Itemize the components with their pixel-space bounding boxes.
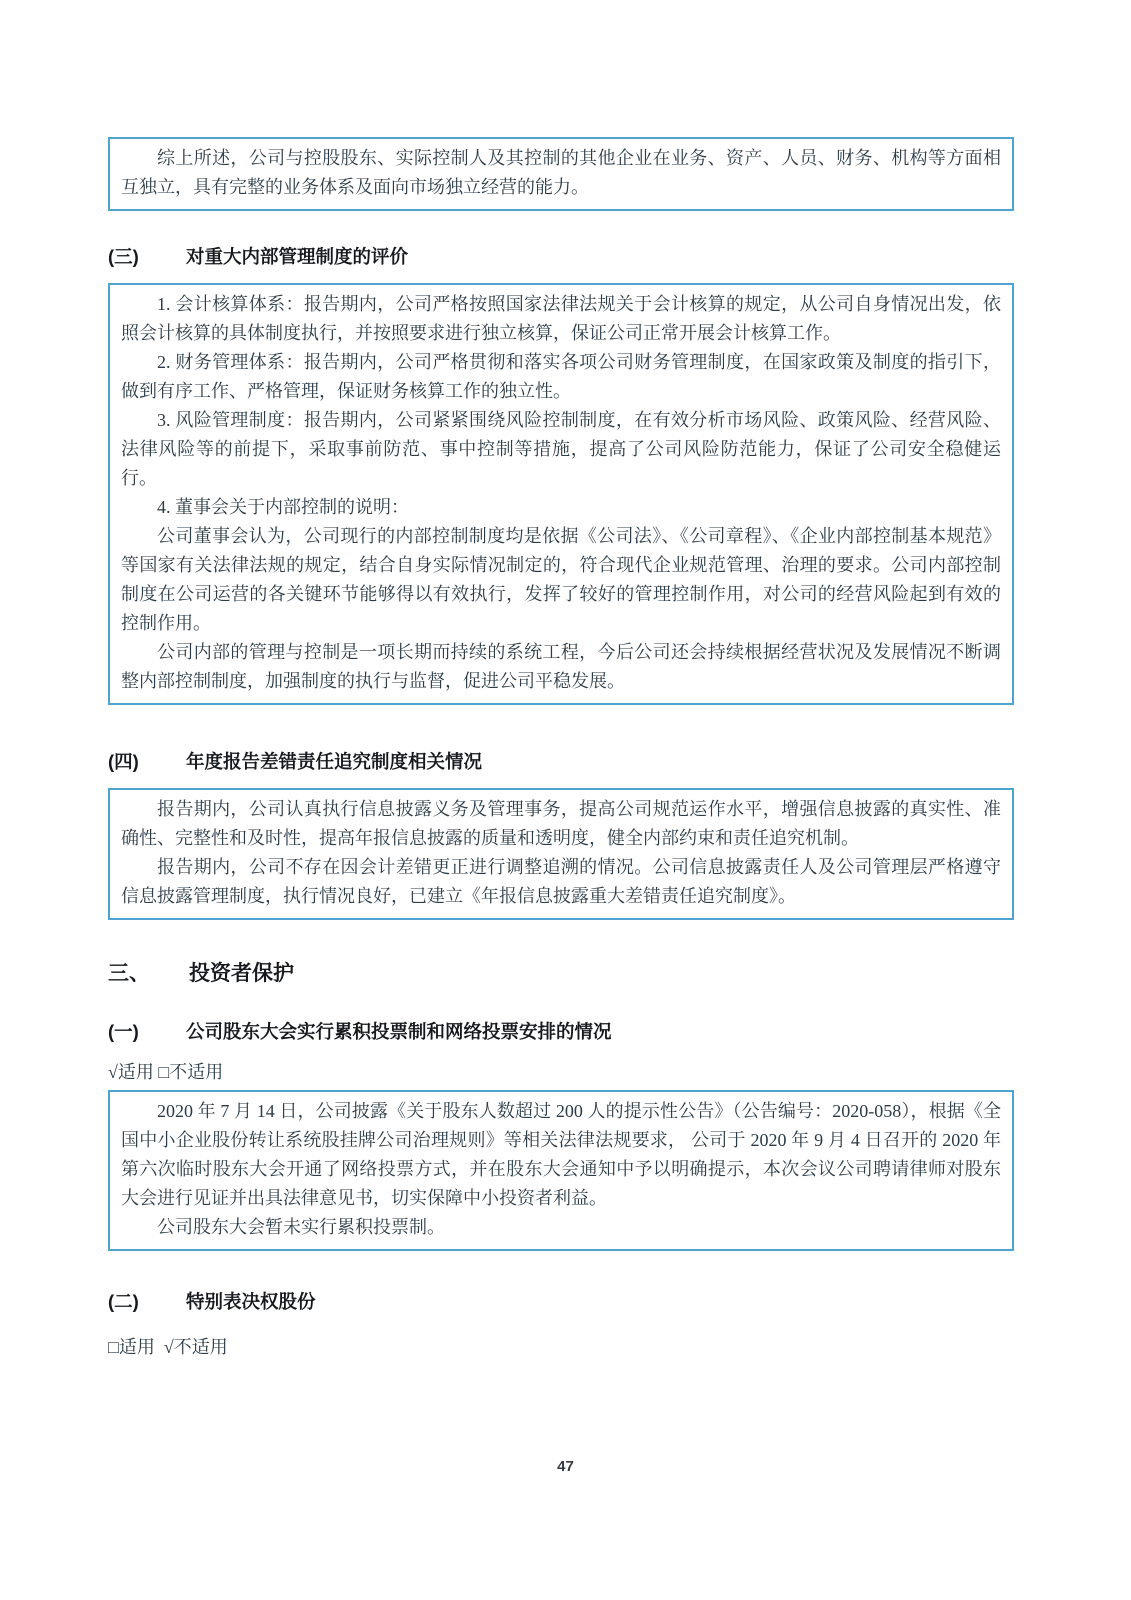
paragraph: 报告期内，公司认真执行信息披露义务及管理事务，提高公司规范运作水平，增强信息披露… xyxy=(121,795,1001,853)
heading-internal-management: (三) 对重大内部管理制度的评价 xyxy=(108,245,1014,269)
paragraph: 公司内部的管理与控制是一项长期而持续的系统工程，今后公司还会持续根据经营状况及发… xyxy=(121,638,1001,696)
paragraph: 综上所述，公司与控股股东、实际控制人及其控制的其他企业在业务、资产、人员、财务、… xyxy=(121,144,1001,202)
heading-number: (二) xyxy=(108,1290,186,1314)
heading-number: (一) xyxy=(108,1020,186,1044)
heading-number: 三、 xyxy=(108,960,189,988)
paragraph: 2. 财务管理体系：报告期内，公司严格贯彻和落实各项公司财务管理制度，在国家政策… xyxy=(121,348,1001,406)
paragraph: 3. 风险管理制度：报告期内，公司紧紧围绕风险控制制度，在有效分析市场风险、政策… xyxy=(121,406,1001,493)
paragraph: 公司股东大会暂未实行累积投票制。 xyxy=(121,1213,1001,1242)
heading-number: (四) xyxy=(108,750,186,774)
paragraph: 1. 会计核算体系：报告期内，公司严格按照国家法律法规关于会计核算的规定，从公司… xyxy=(121,290,1001,348)
paragraph: 报告期内，公司不存在因会计差错更正进行调整追溯的情况。公司信息披露责任人及公司管… xyxy=(121,853,1001,911)
heading-title: 公司股东大会实行累积投票制和网络投票安排的情况 xyxy=(186,1020,612,1044)
independence-summary-box: 综上所述，公司与控股股东、实际控制人及其控制的其他企业在业务、资产、人员、财务、… xyxy=(108,137,1014,211)
heading-title: 投资者保护 xyxy=(189,960,294,988)
heading-special-voting-shares: (二) 特别表决权股份 xyxy=(108,1290,1014,1314)
heading-title: 对重大内部管理制度的评价 xyxy=(186,245,408,269)
applicable-indicator-special: □适用 √不适用 xyxy=(108,1335,1014,1359)
paragraph: 4. 董事会关于内部控制的说明： xyxy=(121,493,1001,522)
report-page: 综上所述，公司与控股股东、实际控制人及其控制的其他企业在业务、资产、人员、财务、… xyxy=(0,0,1131,1600)
paragraph: 2020 年 7 月 14 日，公司披露《关于股东人数超过 200 人的提示性公… xyxy=(121,1097,1001,1213)
heading-annual-report-error: (四) 年度报告差错责任追究制度相关情况 xyxy=(108,750,1014,774)
heading-title: 年度报告差错责任追究制度相关情况 xyxy=(186,750,482,774)
heading-number: (三) xyxy=(108,245,186,269)
internal-control-box: 1. 会计核算体系：报告期内，公司严格按照国家法律法规关于会计核算的规定，从公司… xyxy=(108,283,1014,705)
network-voting-box: 2020 年 7 月 14 日，公司披露《关于股东人数超过 200 人的提示性公… xyxy=(108,1090,1014,1251)
heading-title: 特别表决权股份 xyxy=(186,1290,316,1314)
page-number: 47 xyxy=(0,1458,1131,1475)
heading-investor-protection: 三、 投资者保护 xyxy=(108,960,1014,988)
applicable-indicator-voting: √适用 □不适用 xyxy=(108,1060,1014,1084)
paragraph: 公司董事会认为，公司现行的内部控制制度均是依据《公司法》、《公司章程》、《企业内… xyxy=(121,522,1001,638)
heading-cumulative-voting: (一) 公司股东大会实行累积投票制和网络投票安排的情况 xyxy=(108,1020,1014,1044)
error-accountability-box: 报告期内，公司认真执行信息披露义务及管理事务，提高公司规范运作水平，增强信息披露… xyxy=(108,788,1014,920)
